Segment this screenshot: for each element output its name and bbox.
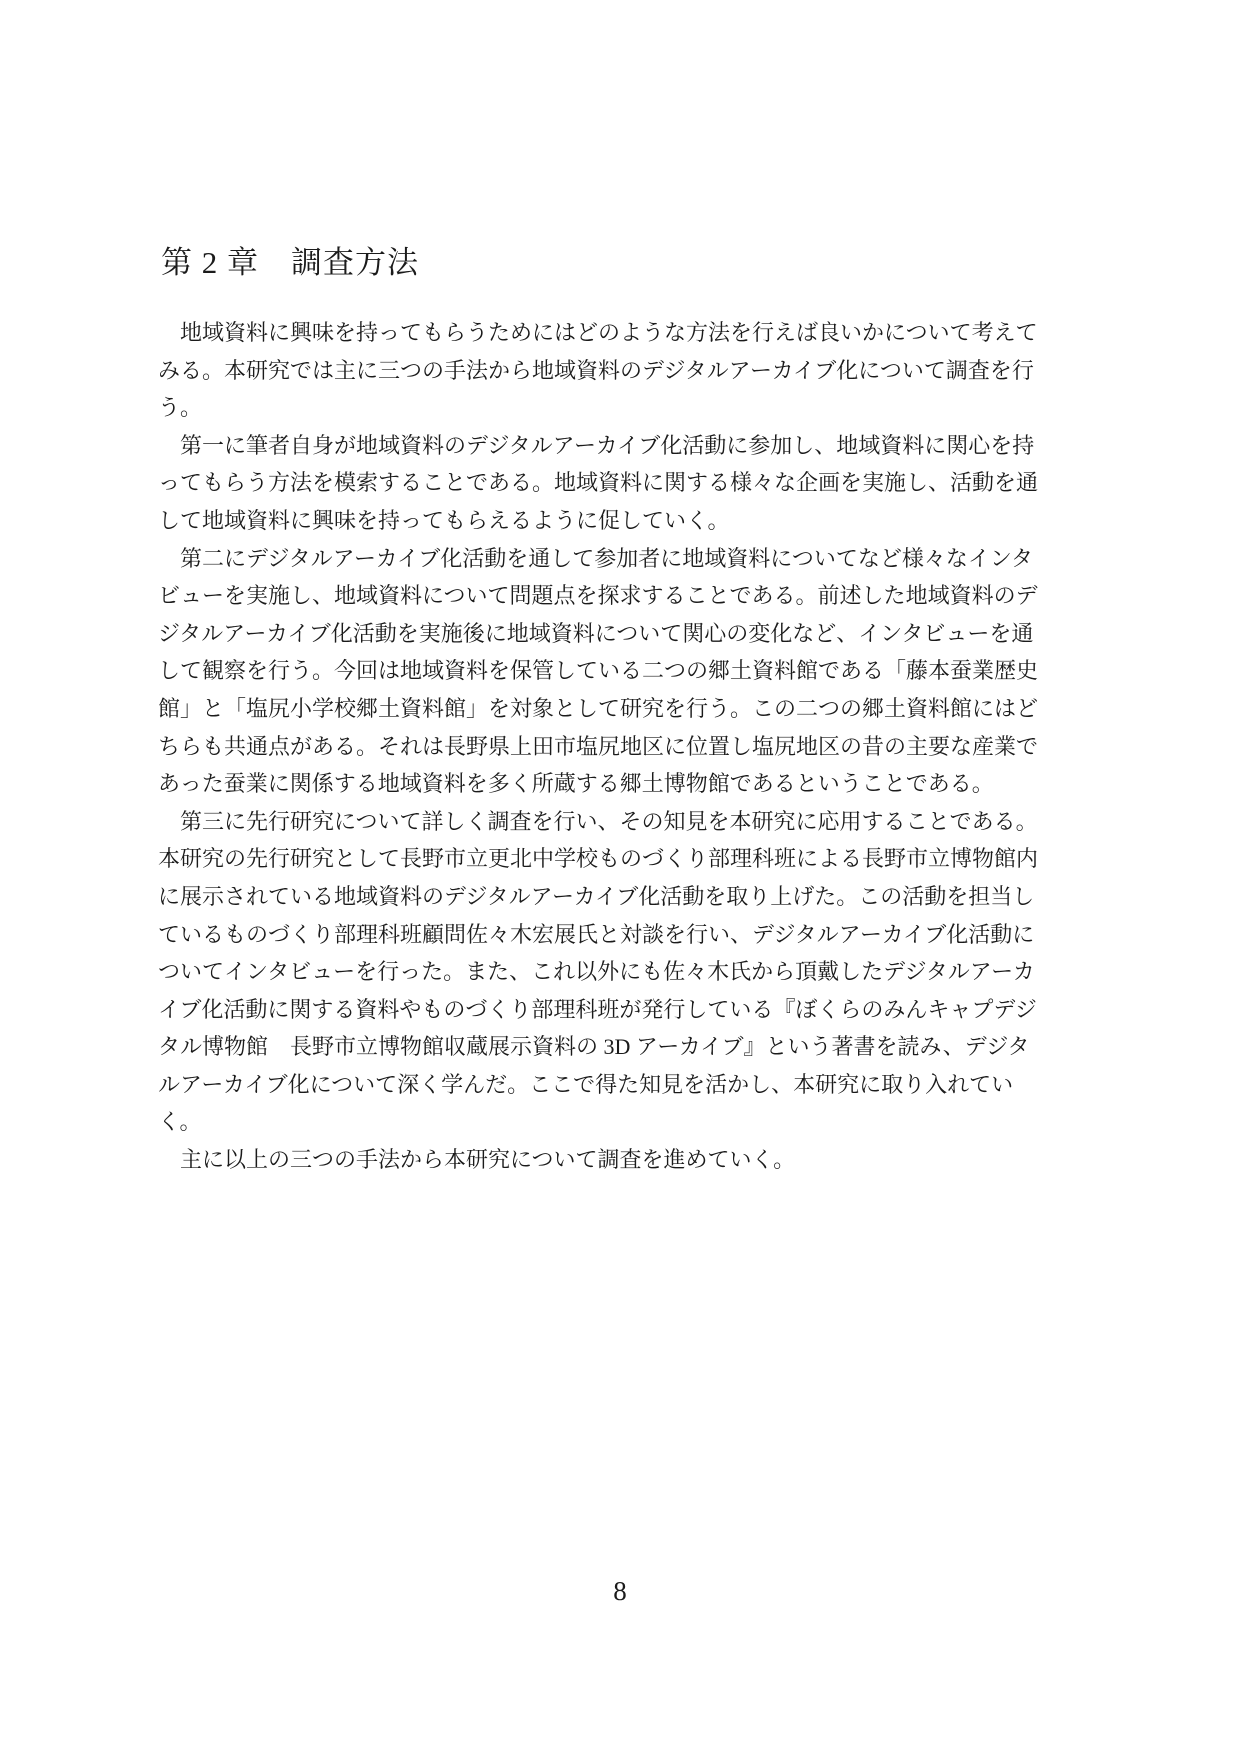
body-text: 地域資料に興味を持ってもらうためにはどのような方法を行えば良いかについて考えて … — [158, 314, 1088, 1179]
paragraph: 第一に筆者自身が地域資料のデジタルアーカイブ化活動に参加し、地域資料に関心を持 … — [158, 427, 1088, 540]
paragraph: 主に以上の三つの手法から本研究について調査を進めていく。 — [158, 1141, 1088, 1179]
paragraph: 第二にデジタルアーカイブ化活動を通して参加者に地域資料についてなど様々なインタ … — [158, 540, 1088, 803]
document-page: 第 2 章 調査方法 地域資料に興味を持ってもらうためにはどのような方法を行えば… — [0, 0, 1240, 1755]
paragraph: 第三に先行研究について詳しく調査を行い、その知見を本研究に応用することである。 … — [158, 803, 1088, 1141]
page-number: 8 — [0, 1576, 1240, 1607]
paragraph: 地域資料に興味を持ってもらうためにはどのような方法を行えば良いかについて考えて … — [158, 314, 1088, 427]
chapter-title: 第 2 章 調査方法 — [161, 237, 419, 282]
